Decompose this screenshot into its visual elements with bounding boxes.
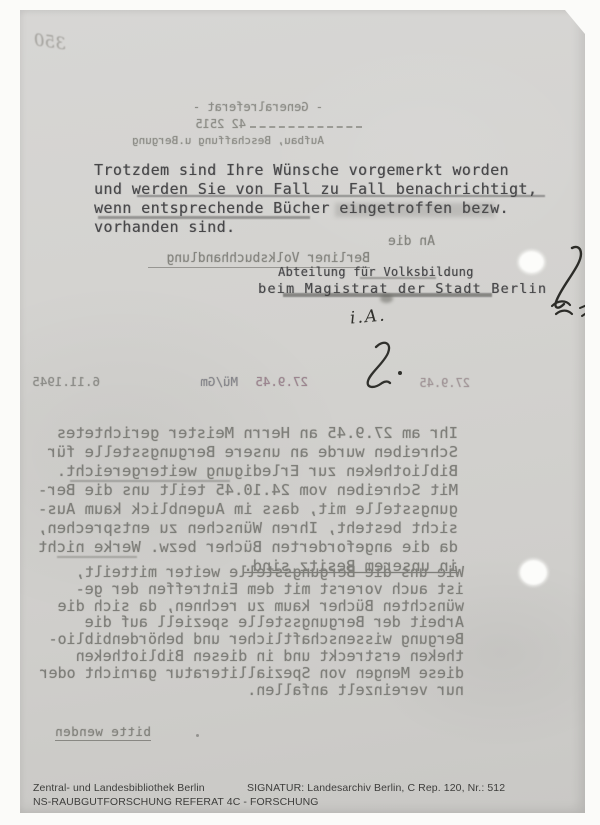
- bleed-header-title: - Generalreferat -: [197, 100, 323, 114]
- caption-department: NS-RAUBGUTFORSCHUNG REFERAT 4C - FORSCHU…: [33, 796, 319, 808]
- bleed-line: sicht besteht, Ihren Wünschen zu entspre…: [28, 519, 458, 538]
- bleed-line: Arbeit der Bergungsstelle speziell auf d…: [30, 614, 464, 631]
- underline-smudge: [137, 195, 545, 197]
- letter-body-line: Trotzdem sind Ihre Wünsche vorgemerkt wo…: [94, 161, 537, 180]
- handwritten-page-number: 350: [25, 29, 67, 54]
- bleed-date-received: 6.11.1945: [36, 374, 100, 389]
- underline-smudge: [98, 216, 310, 219]
- document-scan: 350 - Generalreferat - 42 2515 Aufbau, B…: [0, 0, 600, 825]
- bleed-line: theken erstreckt und in diesen Bibliothe…: [30, 648, 464, 665]
- bleed-line: Bibliotheken zur Erledigung weitergereic…: [28, 462, 458, 481]
- ink-smudge: [335, 203, 495, 217]
- punch-hole: [519, 251, 544, 273]
- bleed-date-sent: 27.9.45: [256, 374, 308, 389]
- paper-sheet: 350 - Generalreferat - 42 2515 Aufbau, B…: [20, 10, 585, 813]
- letter-body-line: vorhanden sind.: [94, 218, 537, 237]
- bleed-line: ist auch vorerst mit dem Eintreffen der …: [30, 581, 464, 598]
- handwritten-initials: i.A.: [349, 305, 387, 328]
- ink-blot: [380, 294, 393, 303]
- bleed-line: Wie uns die Bergungsstelle weiter mittei…: [30, 564, 464, 581]
- underline-smudge: [360, 277, 436, 279]
- bleed-paragraph-2: Wie uns die Bergungsstelle weiter mittei…: [30, 564, 464, 698]
- bleed-line: diese Mengen von Spezialliteratur garnic…: [30, 665, 464, 682]
- bleed-turn-note: bitte wenden: [55, 724, 151, 741]
- bleed-date-stamp-faint: 27.9.45: [424, 376, 470, 390]
- handwritten-signature-mark: [350, 333, 425, 400]
- underline-smudge: [70, 480, 230, 482]
- punch-hole: [520, 560, 547, 585]
- bleed-line: Mit Schreiben vom 24.10.45 teilt uns die…: [28, 481, 458, 500]
- bleed-line: Schreiben wurde an unsere Bergungsstelle…: [28, 443, 458, 462]
- letter-body: Trotzdem sind Ihre Wünsche vorgemerkt wo…: [94, 161, 537, 237]
- bleed-paragraph-1: Ihr am 27.9.45 an Herrn Meister gerichte…: [28, 424, 458, 576]
- bleed-line: da die angeforderten Bücher bezw. Werke …: [28, 538, 458, 557]
- caption-library: Zentral- und Landesbibliothek Berlin: [33, 782, 205, 794]
- ink-dot: [196, 734, 199, 737]
- bleed-header-subtitle: Aufbau, Beschaffung u.Bergung: [140, 134, 324, 147]
- underline-smudge: [57, 556, 137, 558]
- bleed-line: Ihr am 27.9.45 an Herrn Meister gerichte…: [28, 424, 458, 443]
- caption-signature: SIGNATUR: Landesarchiv Berlin, C Rep. 12…: [247, 782, 505, 794]
- bleed-clerk-initials: Mü/Gm: [193, 374, 238, 389]
- bleed-line: gungsstelle mit, dass im Augenblick kaum…: [28, 500, 458, 519]
- bleed-line: wünschten Bücher kaum zu rechnen, da sic…: [30, 598, 464, 615]
- bleed-line: Bergung wissenschaftlicher und behördenb…: [30, 631, 464, 648]
- bleed-header-number: 42 2515: [200, 117, 246, 131]
- bleed-recipient-line1: An die: [385, 234, 435, 249]
- bleed-line: nur vereinzelt anfallen.: [30, 682, 464, 699]
- bleed-header-rule: [250, 126, 362, 128]
